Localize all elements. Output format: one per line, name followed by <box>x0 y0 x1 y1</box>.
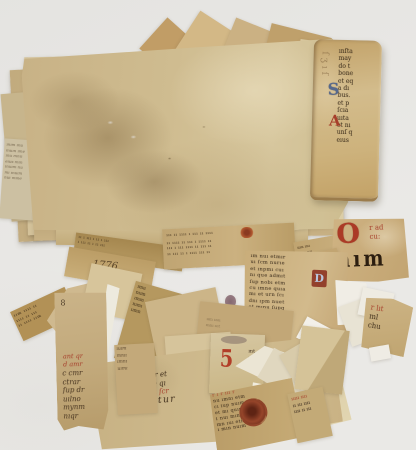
script-fragment-small: ıuımmnııımnıuımı <box>114 343 158 415</box>
initial-d: D <box>311 269 327 287</box>
text-row: d amr <box>63 360 83 369</box>
text-row: cu: <box>369 232 384 241</box>
text-row: chu <box>367 321 381 332</box>
paper-bit-right <box>369 344 391 361</box>
text-row: uımı <box>117 365 153 373</box>
manuscript-strip-right: ınſtamaydo tboneet eqa dıbus.et pſcıauıt… <box>310 39 382 202</box>
initial-a: A <box>329 112 341 130</box>
circle-mark: 8 <box>60 298 65 307</box>
marginal-flourish: ſʒıſ <box>319 51 330 78</box>
text-row: nıqr <box>63 412 85 421</box>
dark-script-rows: c cmrctrarſup druılnomynmnıqr <box>62 369 85 421</box>
red-initial-glyph: 5 <box>219 343 233 372</box>
initial-s: S <box>327 79 339 98</box>
red-text-rows: r adcu: <box>369 224 384 241</box>
text-column: ınſtamaydo tboneet eqa dıbus.et pſcıauıt… <box>336 48 375 145</box>
written-strip-tall: 8 ant qrd amr c cmrctrarſup druılnomynmn… <box>54 291 110 430</box>
folded-parchment-flap <box>294 325 349 394</box>
initial-o: O <box>336 218 361 250</box>
red-script-rows: ant qrd amr <box>63 352 83 369</box>
text-rows: r lıtmlchu <box>367 303 384 332</box>
photograph-manuscript-lot: ınım ınumuın ımeınu mnııeıus mınınuım nu… <box>0 0 416 450</box>
parchment-top-sheet <box>21 38 349 239</box>
text-rows: ııııı ıııııı ııı ıııııııı ıı ııı <box>291 393 312 416</box>
text-row: eıus <box>336 137 372 145</box>
